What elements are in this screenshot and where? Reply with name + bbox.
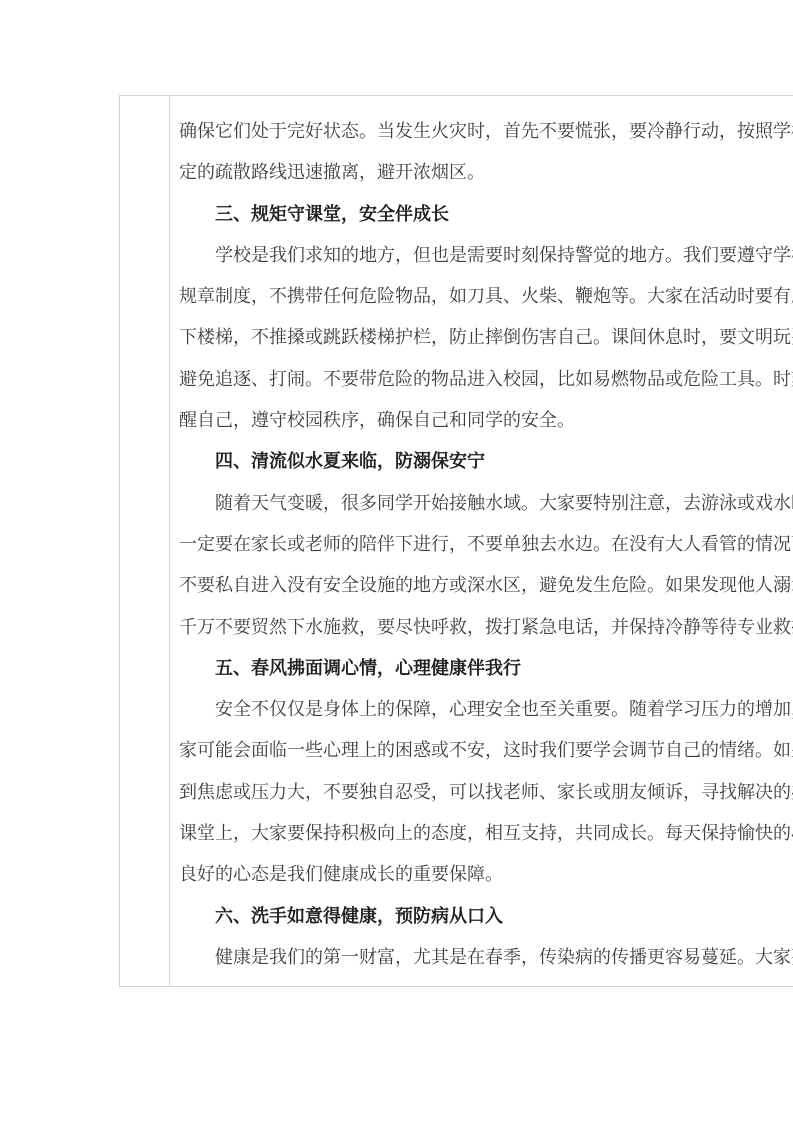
text-line: 课堂上，大家要保持积极向上的态度，相互支持，共同成长。每天保持愉快的心 bbox=[179, 813, 793, 854]
text-line: 一定要在家长或老师的陪伴下进行，不要单独去水边。在没有大人看管的情况下 bbox=[179, 524, 793, 565]
document-page: 确保它们处于完好状态。当发生火灾时，首先不要慌张，要冷静行动，按照学校 定的疏散… bbox=[0, 0, 793, 1122]
text-line: 避免追逐、打闹。不要带危险的物品进入校园，比如易燃物品或危险工具。时刻 bbox=[179, 359, 793, 400]
text-line: 千万不要贸然下水施救，要尽快呼救，拨打紧急电话，并保持冷静等待专业救援 bbox=[179, 607, 793, 648]
text-line: 确保它们处于完好状态。当发生火灾时，首先不要慌张，要冷静行动，按照学校 bbox=[179, 111, 793, 152]
text-line: 到焦虑或压力大，不要独自忍受，可以找老师、家长或朋友倾诉，寻找解决的办 bbox=[179, 772, 793, 813]
text-line: 定的疏散路线迅速撤离，避开浓烟区。 bbox=[179, 152, 793, 193]
text-line: 学校是我们求知的地方，但也是需要时刻保持警觉的地方。我们要遵守学校 bbox=[179, 235, 793, 276]
table-empty-label-cell bbox=[120, 96, 170, 986]
text-line: 醒自己，遵守校园秩序，确保自己和同学的安全。 bbox=[179, 400, 793, 441]
text-line: 规章制度，不携带任何危险物品，如刀具、火柴、鞭炮等。大家在活动时要有序 bbox=[179, 276, 793, 317]
text-line: 健康是我们的第一财富，尤其是在春季，传染病的传播更容易蔓延。大家要 bbox=[179, 937, 793, 978]
document-body-text: 确保它们处于完好状态。当发生火灾时，首先不要慌张，要冷静行动，按照学校 定的疏散… bbox=[179, 111, 793, 978]
text-line: 下楼梯，不推搡或跳跃楼梯护栏，防止摔倒伤害自己。课间休息时，要文明玩耍 bbox=[179, 317, 793, 358]
text-line: 不要私自进入没有安全设施的地方或深水区，避免发生危险。如果发现他人溺水 bbox=[179, 565, 793, 606]
heading-line: 六、洗手如意得健康，预防病从口入 bbox=[179, 896, 793, 937]
text-line: 良好的心态是我们健康成长的重要保障。 bbox=[179, 854, 793, 895]
heading-line: 三、规矩守课堂，安全伴成长 bbox=[179, 194, 793, 235]
heading-line: 四、清流似水夏来临，防溺保安宁 bbox=[179, 441, 793, 482]
text-line: 家可能会面临一些心理上的困惑或不安，这时我们要学会调节自己的情绪。如果 bbox=[179, 730, 793, 771]
heading-line: 五、春风拂面调心情，心理健康伴我行 bbox=[179, 648, 793, 689]
text-line: 随着天气变暖，很多同学开始接触水域。大家要特别注意，去游泳或戏水时 bbox=[179, 483, 793, 524]
document-table-row: 确保它们处于完好状态。当发生火灾时，首先不要慌张，要冷静行动，按照学校 定的疏散… bbox=[119, 95, 793, 987]
table-text-cell: 确保它们处于完好状态。当发生火灾时，首先不要慌张，要冷静行动，按照学校 定的疏散… bbox=[170, 96, 793, 986]
text-line: 安全不仅仅是身体上的保障，心理安全也至关重要。随着学习压力的增加，大 bbox=[179, 689, 793, 730]
